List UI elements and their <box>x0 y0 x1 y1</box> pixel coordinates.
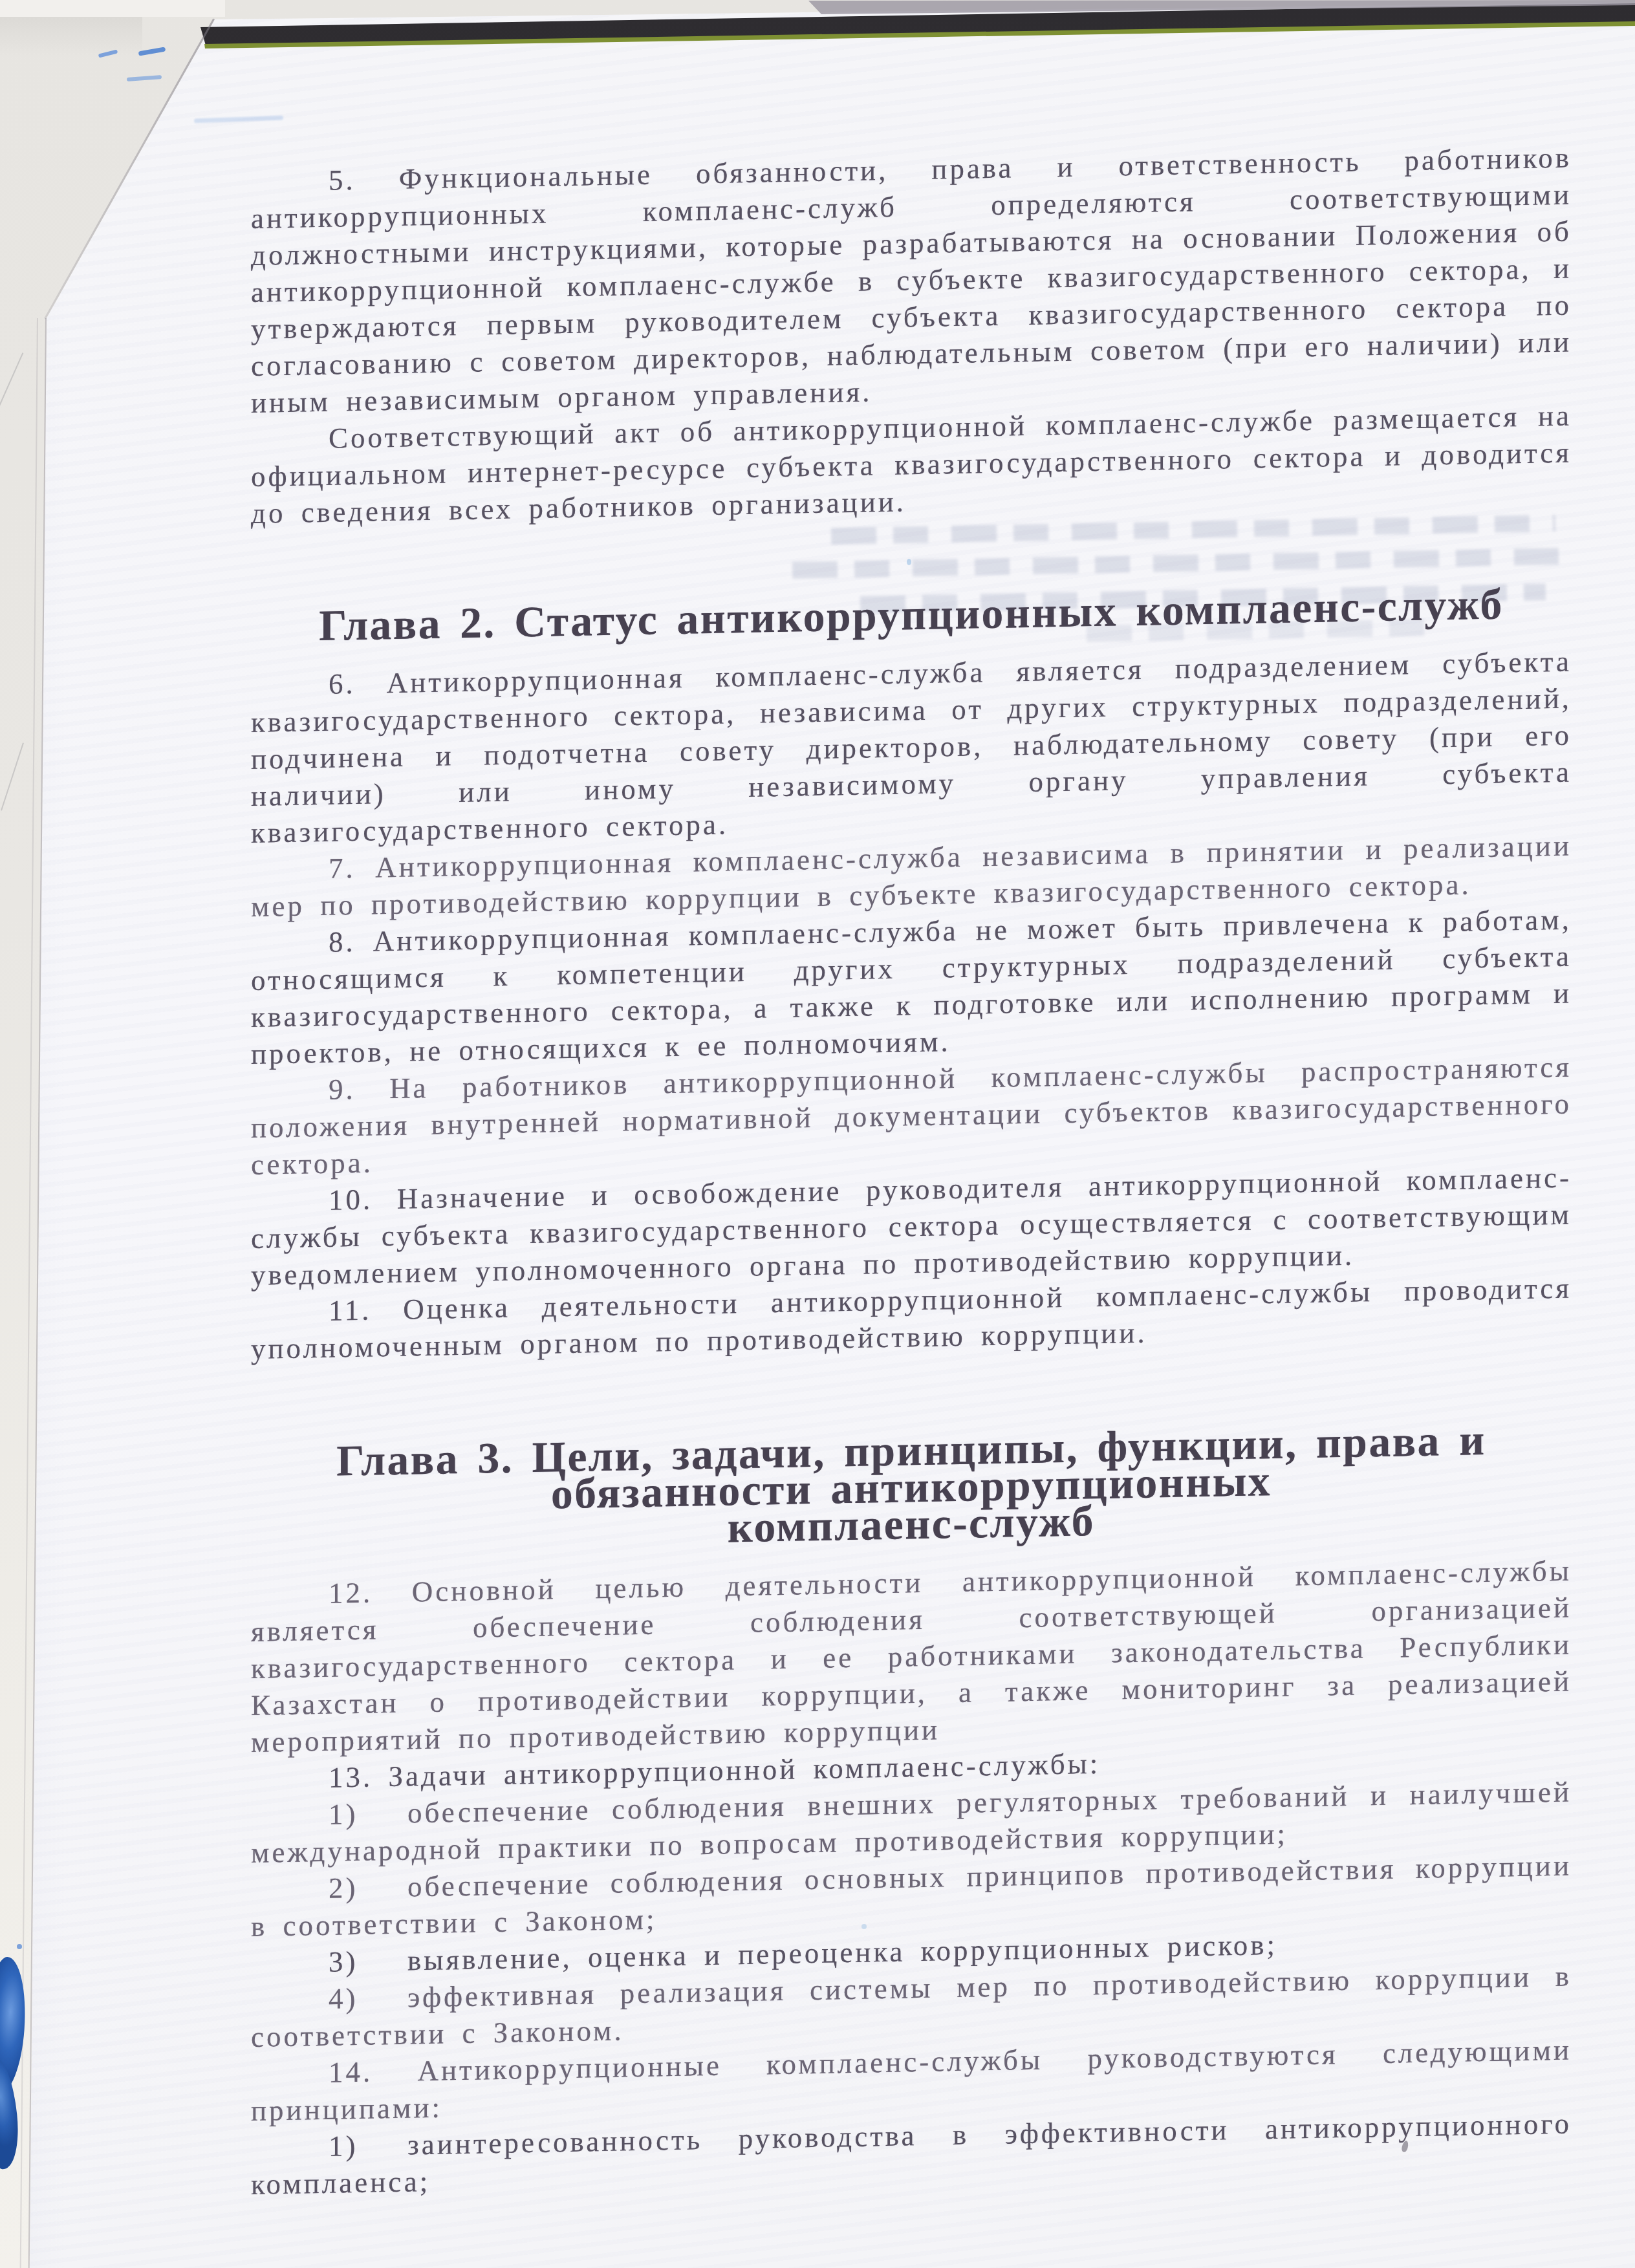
scanner-lid-strip <box>0 0 225 17</box>
scanned-document-page: 5. Функциональные обязанности, права и о… <box>0 0 1635 2268</box>
list-marker: 2) <box>329 1869 407 1907</box>
scanner-corner-shade <box>0 17 142 56</box>
paragraph: 8. Антикоррупционная комплаенс-служба не… <box>251 902 1572 1073</box>
list-marker: 1) <box>329 2127 407 2165</box>
list-marker: 3) <box>329 1943 407 1981</box>
paragraph: 12. Основной целью деятельности антикорр… <box>251 1553 1572 1761</box>
chapter-heading: Глава 3. Цели, задачи, принципы, функции… <box>251 1420 1572 1555</box>
scratch-hairline <box>0 352 23 430</box>
text-flow: 5. Функциональные обязанности, права и о… <box>251 140 1572 2203</box>
blue-pen-scribble <box>138 47 166 56</box>
list-marker: 4) <box>329 1980 407 2018</box>
paragraph: 6. Антикоррупционная комплаенс-служба яв… <box>251 643 1572 852</box>
scratch-hairline <box>1 742 24 810</box>
ink-speck <box>17 1944 22 1949</box>
blue-pen-scribble <box>127 75 162 81</box>
list-marker: 1) <box>329 1795 407 1833</box>
paragraph: 5. Функциональные обязанности, права и о… <box>251 140 1572 422</box>
chapter-heading: Глава 2. Статус антикоррупционных компла… <box>251 585 1572 645</box>
paragraph: Соответствующий акт об антикоррупционной… <box>251 398 1572 532</box>
